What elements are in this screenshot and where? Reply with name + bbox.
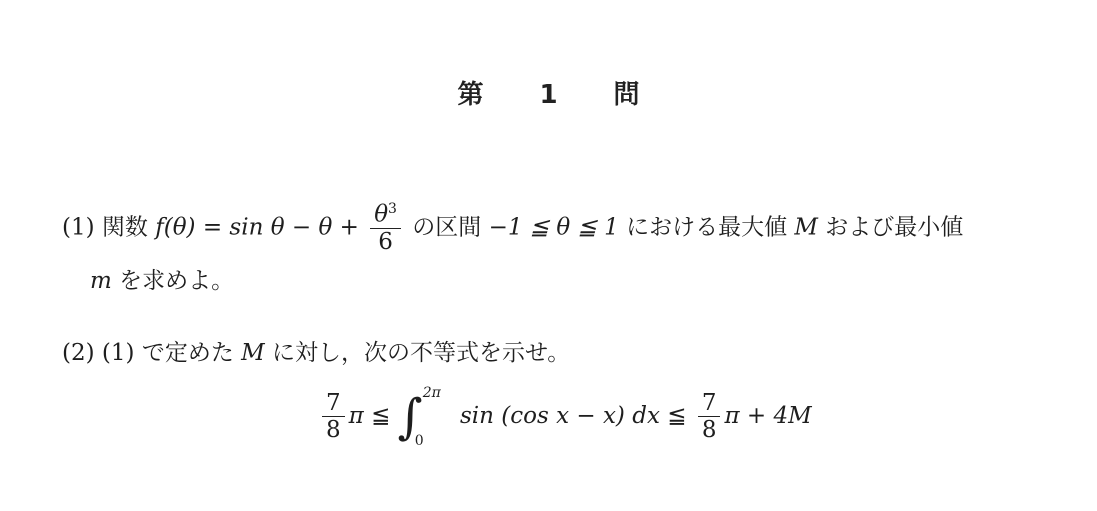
fraction: 7 8 (322, 391, 345, 444)
leq: ≦ (371, 403, 390, 429)
var-M: M (241, 340, 265, 366)
page-title: 第1問 (0, 74, 1097, 111)
q1-text: の区間 (412, 215, 481, 241)
question-2-label: (2) (62, 340, 95, 366)
pi: π (349, 403, 364, 429)
q1-text: 関数 (102, 215, 148, 241)
integral-limits: 2π0 (423, 385, 453, 449)
title-part2: 問 (614, 74, 640, 111)
frac-denominator: 8 (698, 417, 721, 443)
fraction: 7 8 (698, 391, 721, 444)
question-1-label: (1) (62, 215, 95, 241)
q1-text: における最大値 (626, 215, 787, 241)
interval: −1 ≦ θ ≦ 1 (489, 215, 619, 241)
frac-numerator: θ (374, 202, 388, 228)
frac-denominator: 8 (322, 417, 345, 443)
inequality: 7 8 π ≦ ∫2π0 sin (cos x − x) dx ≦ 7 8 π … (318, 385, 812, 449)
title-number: 1 (539, 80, 557, 110)
frac-numerator: 7 (322, 391, 345, 417)
q2-text: で定めた (142, 340, 234, 366)
frac-numerator: 7 (698, 391, 721, 417)
right-tail: π + 4M (724, 403, 811, 429)
title-part1: 第 (457, 74, 483, 111)
q2-ref: (1) (102, 340, 135, 366)
fraction: θ3 6 (370, 202, 401, 255)
function-definition: f(θ) = sin θ − θ + (155, 215, 359, 241)
q1-text: および最小値 (825, 215, 963, 241)
var-M: M (794, 215, 818, 241)
frac-denominator: 6 (370, 229, 401, 255)
q1-text: を求めよ。 (119, 268, 234, 294)
question-2-line-1: (2) (1) で定めた M に対し，次の不等式を示せ。 (62, 334, 570, 367)
lower-limit: 0 (415, 433, 424, 449)
integrand: sin (cos x − x) dx (460, 403, 660, 429)
q2-text: に対し，次の不等式を示せ。 (272, 340, 570, 366)
exponent: 3 (388, 201, 397, 217)
question-1-line-2: m を求めよ。 (90, 262, 234, 295)
var-m: m (90, 268, 112, 294)
leq: ≦ (667, 403, 686, 429)
upper-limit: 2π (423, 385, 441, 401)
question-1-line-1: (1) 関数 f(θ) = sin θ − θ + θ3 6 の区間 −1 ≦ … (62, 202, 963, 255)
